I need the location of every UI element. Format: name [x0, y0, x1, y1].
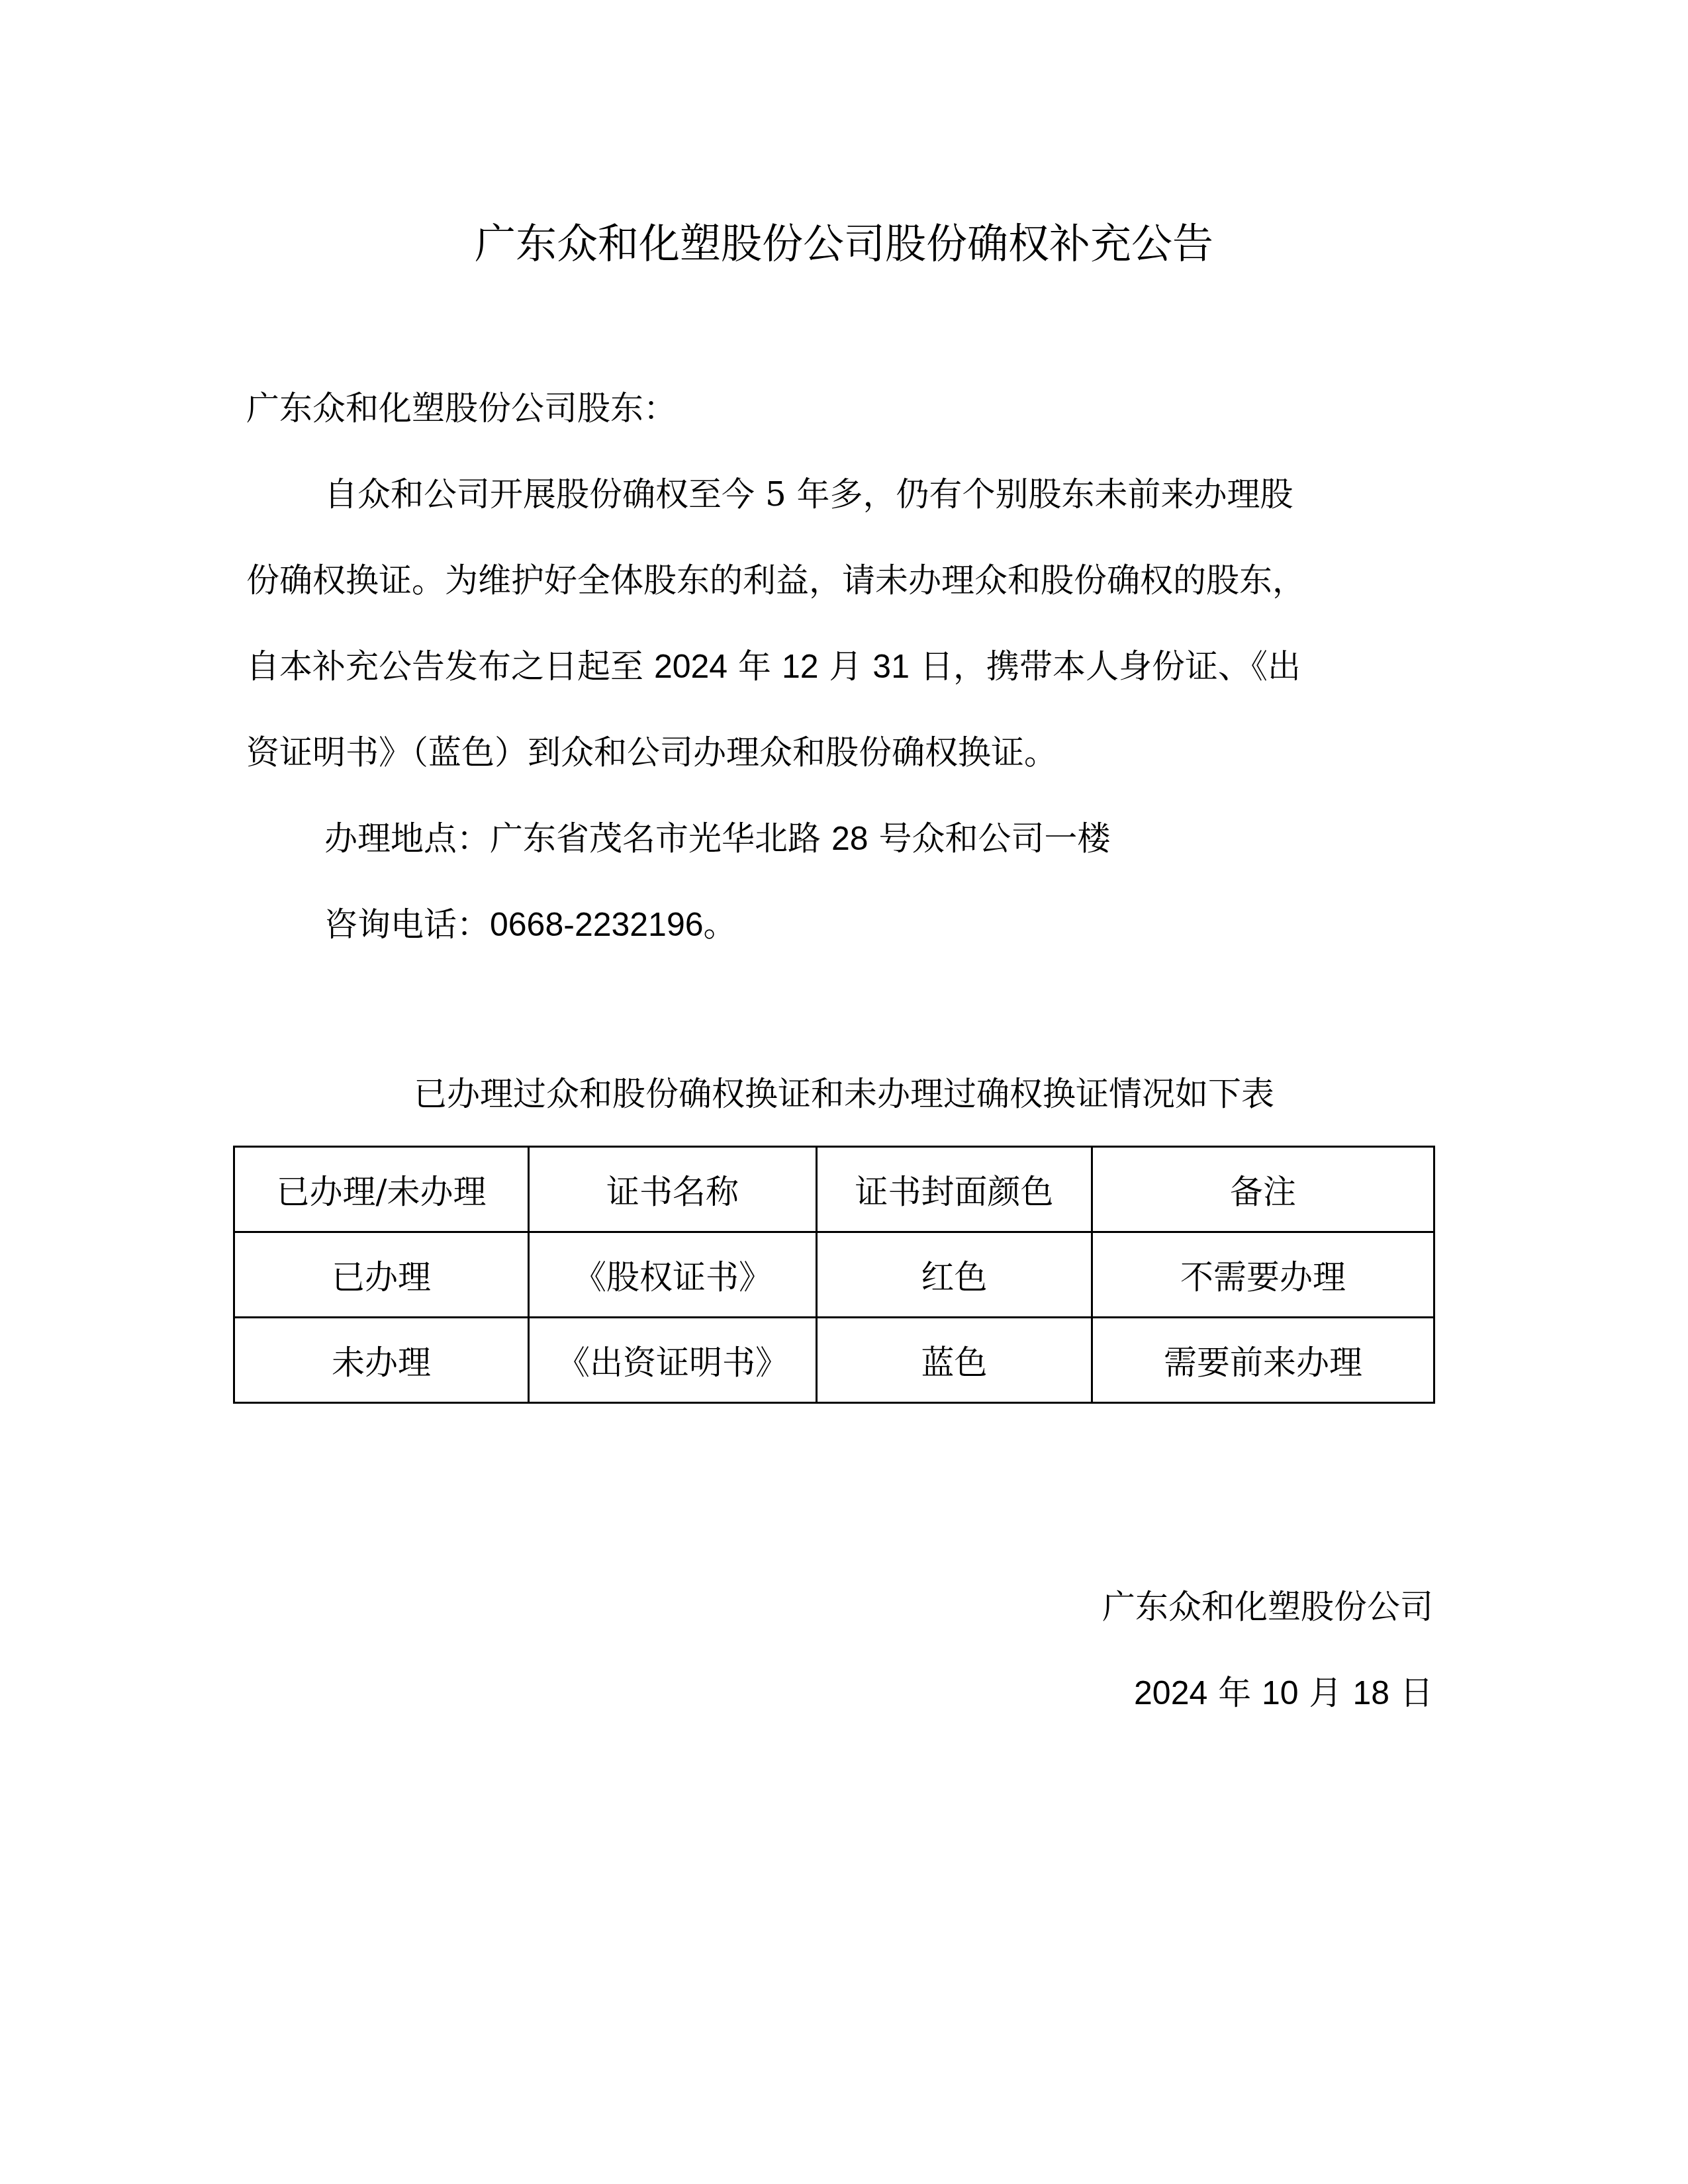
- body-line-3-text-d: 日，携带本人身份证、《出: [910, 647, 1301, 686]
- table-cell: 《出资证明书》: [529, 1318, 817, 1403]
- date-year-unit: 年: [1207, 1674, 1262, 1712]
- page-title: 广东众和化塑股份公司股份确权补充公告: [0, 224, 1688, 265]
- certificate-status-table: 已办理/未办理 证书名称 证书封面颜色 备注 已办理 《股权证书》 红色 不需要…: [233, 1146, 1435, 1404]
- address-number: 28: [831, 820, 868, 857]
- signature-company: 广东众和化塑股份公司: [1102, 1590, 1433, 1623]
- address-text-a: 办理地点：广东省茂名市光华北路: [324, 819, 831, 858]
- table-cell: 红色: [817, 1232, 1092, 1318]
- phone-line: 咨询电话：0668-2232196。: [324, 908, 737, 941]
- phone-label: 咨询电话：: [324, 905, 490, 944]
- date-day-unit: 日: [1389, 1674, 1433, 1712]
- date-day: 18: [1352, 1674, 1389, 1711]
- table-cell: 不需要办理: [1092, 1232, 1434, 1318]
- year-unit: 年: [727, 647, 782, 686]
- table-cell: 需要前来办理: [1092, 1318, 1434, 1403]
- body-line-3: 自本补充公告发布之日起至 2024 年 12 月 31 日，携带本人身份证、《出: [246, 650, 1301, 683]
- table-row: 已办理 《股权证书》 红色 不需要办理: [234, 1232, 1434, 1318]
- salutation: 广东众和化塑股份公司股东：: [246, 392, 677, 425]
- date-year: 2024: [1134, 1674, 1207, 1711]
- table-cell: 未办理: [234, 1318, 529, 1403]
- address-line: 办理地点：广东省茂名市光华北路 28 号众和公司一楼: [324, 822, 1110, 855]
- deadline-month: 12: [782, 648, 819, 685]
- table-cell: 蓝色: [817, 1318, 1092, 1403]
- signature-date: 2024 年 10 月 18 日: [1134, 1676, 1433, 1709]
- table-cell: 《股权证书》: [529, 1232, 817, 1318]
- phone-suffix: 。: [704, 905, 737, 944]
- table-header-cell: 证书名称: [529, 1147, 817, 1232]
- body-line-2: 份确权换证。为维护好全体股东的利益，请未办理众和股份确权的股东，: [246, 564, 1305, 597]
- table-cell: 已办理: [234, 1232, 529, 1318]
- deadline-day: 31: [872, 648, 910, 685]
- address-text-b: 号众和公司一楼: [868, 819, 1111, 858]
- body-line-3-text-a: 自本补充公告发布之日起至: [246, 647, 654, 686]
- date-month: 10: [1262, 1674, 1299, 1711]
- deadline-year: 2024: [654, 648, 727, 685]
- table-caption: 已办理过众和股份确权换证和未办理过确权换证情况如下表: [0, 1077, 1688, 1111]
- table-header-cell: 备注: [1092, 1147, 1434, 1232]
- table-header-cell: 证书封面颜色: [817, 1147, 1092, 1232]
- table-header-cell: 已办理/未办理: [234, 1147, 529, 1232]
- month-unit: 月: [819, 647, 873, 686]
- date-month-unit: 月: [1299, 1674, 1353, 1712]
- table-header-row: 已办理/未办理 证书名称 证书封面颜色 备注: [234, 1147, 1434, 1232]
- table-row: 未办理 《出资证明书》 蓝色 需要前来办理: [234, 1318, 1434, 1403]
- phone-number: 0668-2232196: [490, 906, 704, 943]
- body-line-1: 自众和公司开展股份确权至今 5 年多，仍有个别股东未前来办理股: [324, 478, 1293, 511]
- body-line-4: 资证明书》（蓝色）到众和公司办理众和股份确权换证。: [246, 736, 1057, 769]
